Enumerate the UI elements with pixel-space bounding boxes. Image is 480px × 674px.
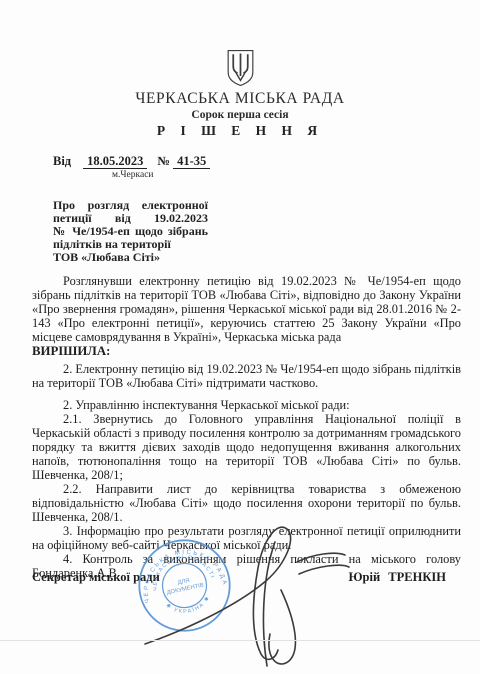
date-value: 18.05.2023 [83,154,147,169]
org-name: ЧЕРКАСЬКА МІСЬКА РАДА [0,90,480,108]
paragraph-intro: Розглянувши електронну петицію від 19.02… [32,274,461,344]
document-page: ЧЕРКАСЬКА МІСЬКА РАДА Сорок перша сесія … [0,0,480,674]
ukraine-trident-emblem-icon [226,49,255,87]
subject-block: Про розгляд електронної петиції від 19.0… [53,199,208,264]
resolved-label: ВИРІШИЛА: [32,344,461,358]
handwritten-signature [115,498,375,673]
city-label: м.Черкаси [112,170,480,180]
number-label: № [157,154,170,168]
session-title: Сорок перша сесія [0,109,480,121]
subject-line: ТОВ «Любава Сіті» [53,251,208,264]
date-line: Від18.05.2023№ 41-35 [53,154,480,169]
body-item-1: 2. Електронну петицію від 19.02.2023 № Ч… [32,362,461,390]
scan-artifact-line [0,640,480,641]
body-item-2-1: 2.1. Звернутись до Головного управління … [32,412,461,482]
doc-type-title: Р І Ш Е Н Н Я [0,123,480,139]
body-item-2: 2. Управлінню інспектування Черкаської м… [32,398,461,412]
date-label: Від [53,154,71,168]
document-header: ЧЕРКАСЬКА МІСЬКА РАДА Сорок перша сесія … [0,0,480,139]
number-value: 41-35 [173,154,210,169]
